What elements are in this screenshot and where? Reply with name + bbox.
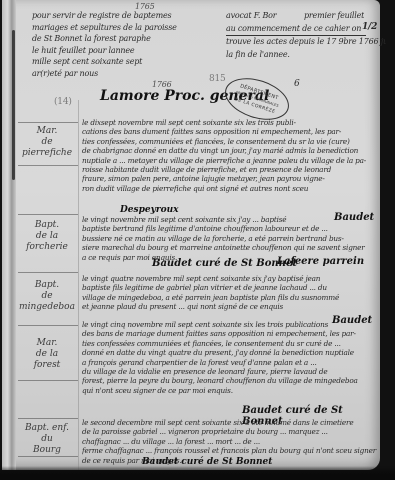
entry-line: et jeanne plaud du present ... qui nont … [82,302,382,311]
binding-shadow [12,30,15,180]
margin-note-line: Bapt. [18,220,76,231]
header-left-line: de St Bonnet la forest paraphe [32,33,192,45]
entry-line: ties confessées communiées et fiancées, … [82,339,382,348]
entry-line: fraure, simon palen pere, antoine lajugi… [82,174,382,183]
margin-note-marriage-forest: Mar. de la forest [18,338,76,371]
margin-note-baptism-bourg: Bapt. enf. du Bourg [18,423,76,456]
margin-note-line: Mar. [18,126,76,137]
margin-note-baptism-mingedeboa: Bapt. de mingedeboa [18,280,76,313]
margin-note-line: de [18,291,76,302]
margin-note-line: de [18,137,76,148]
page-number-pencil: 815 [209,74,226,84]
margin-note-line: forest [18,360,76,371]
entry-line: donné en datte du vingt quatre du presen… [82,348,382,357]
entry-line: cations des bans dument faittes sans opp… [82,127,382,136]
entry-line: de la paroisse gabriel ... vigneron prop… [82,427,382,436]
entry-line: siere marechal du bourg et marreine anto… [82,243,382,252]
entry-line: de chabrignac donné en datte du vingt un… [82,146,382,155]
margin-note-line: Bourg [18,445,76,456]
entry-signature: Despeyroux [120,205,179,215]
entry-line: forest, pierre la peyre du bourg, leonar… [82,376,382,385]
margin-separator [18,122,78,123]
entry-line: baptiste fils legitime de gabriel plan v… [82,283,382,292]
entry-line: village de mingedeboa, a eté parrein jea… [82,293,382,302]
entry-line: le dixsept novembre mil sept cent soixan… [82,118,382,127]
margin-note-line: Bapt. enf. [18,423,76,434]
entry-line: ron dudit village de pierrefiche qui ont… [82,184,382,193]
margin-note-line: forcherie [18,242,76,253]
entry-line: qui n'ont sceu signer de ce par moi enqu… [82,386,382,395]
margin-note-baptism-forcherie: Bapt. de la forcherie [18,220,76,253]
margin-note-line: Mar. [18,338,76,349]
document-viewer: pour servir de registre de baptemes mari… [0,0,395,480]
header-left-line: le huit feuillet pour lannee [32,45,192,57]
entry-line: ferme chaffagnac ... françois roussel et… [82,446,382,455]
header-right-line: au commencement de ce cahier on [226,23,366,37]
entry-line: baptiste bertrand fils legitime d'antoin… [82,224,382,233]
entry-line: le vingt quatre novembre mil sept cent s… [82,274,382,283]
margin-note-line: pierrefiche [18,148,76,159]
margin-separator [18,325,78,326]
margin-rule [78,100,79,470]
first-leaf-label: premier feuillet [304,11,364,20]
margin-separator [18,456,78,457]
header-left-line: pour servir de registre de baptemes [32,10,192,22]
margin-separator [18,272,78,273]
margin-note-line: de la [18,231,76,242]
entry-right-signature: Baudet [334,212,374,223]
entry-line: bussiere né ce matin au village de la fo… [82,234,382,243]
margin-separator [18,418,78,419]
entry-line: nuptiale a ... metayer du village de pie… [82,156,382,165]
entry-marriage-pierrefiche: le dixsept novembre mil sept cent soixan… [82,118,382,193]
margin-note-line: mingedeboa [18,302,76,313]
page-number-ink: 6 [294,79,300,89]
entry-line: chaffagnac ... du village ... la forest … [82,437,382,446]
folio-pencil-left: (14) [54,97,72,107]
margin-note-marriage-pierrefiche: Mar. de pierrefiche [18,126,76,159]
entry-line: le vingt cinq novembre mil sept cent soi… [82,320,382,329]
entry-line: le second decembre mil sept cent soixant… [82,418,382,427]
header-right-line: la fin de l'annee. [226,49,386,62]
margin-separator [18,380,78,381]
folio-number-top: 1765 [135,2,155,11]
entry-baptism-mingedeboa: le vingt quatre novembre mil sept cent s… [82,274,382,312]
margin-note-line: du [18,434,76,445]
margin-separator [18,214,78,215]
entry-line: a françois gerand charpentier de la fore… [82,358,382,367]
entry-line: roisse habitante dudit village de pierre… [82,165,382,174]
margin-note-line: de la [18,349,76,360]
header-left-block: pour servir de registre de baptemes mari… [32,10,192,79]
header-left-line: mille sept cent soixante sept [32,56,192,68]
entry-signature: Baudet curé de St Bonnet [152,258,297,269]
scan-bottom-edge [0,466,395,480]
entry-line: du village de la vidalie en presence de … [82,367,382,376]
entry-line: des bans de mariage dument faittes sans … [82,329,382,338]
register-page: pour servir de registre de baptemes mari… [2,0,380,470]
entry-marriage-forest: le vingt cinq novembre mil sept cent soi… [82,320,382,395]
margin-note-line: Bapt. [18,280,76,291]
header-left-line: mariages et sepultures de la paroisse [32,22,192,34]
leaf-mark: 1/2 [362,22,377,32]
header-left-line: ar(r)eté par nous [32,68,192,80]
margin-separator [18,165,78,166]
header-right-line: trouve les actes depuis le 17 9bre 1766 … [226,36,386,49]
entry-cosigners: Lafeere parrein [277,256,364,267]
entry-line: ties confessées, communiées et fiancées,… [82,137,382,146]
